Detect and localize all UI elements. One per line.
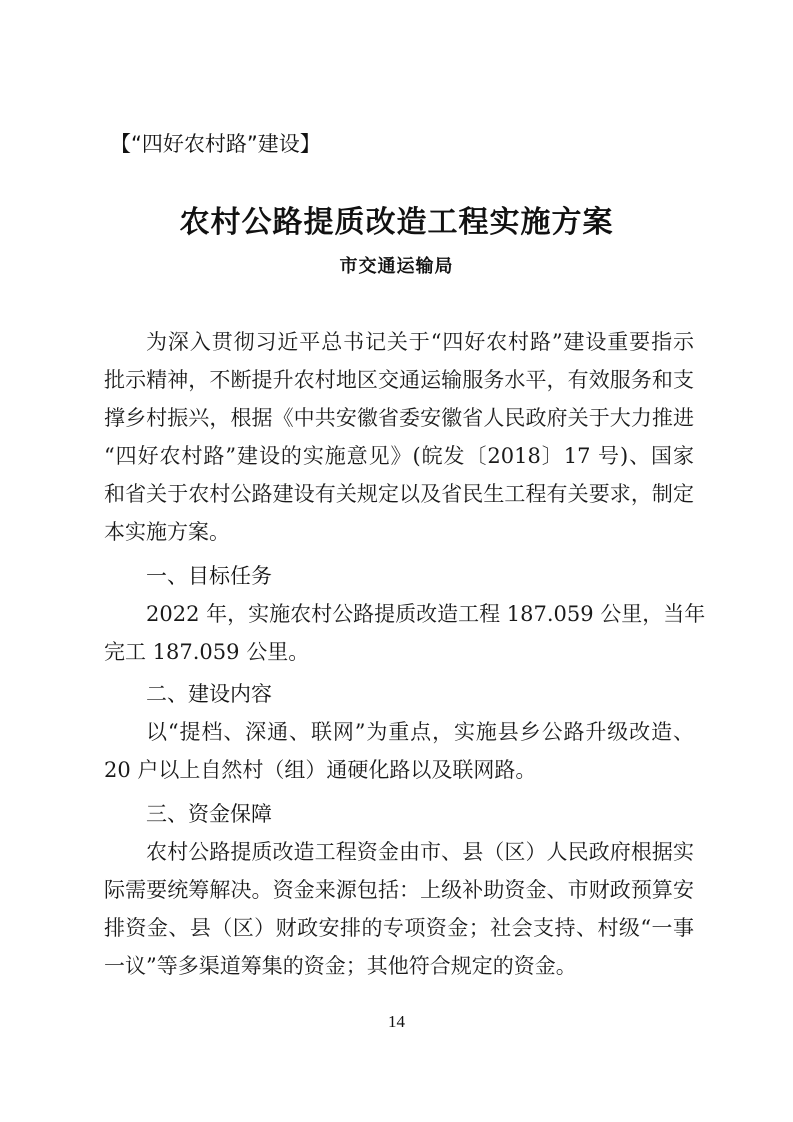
- page-number: 14: [0, 1012, 793, 1032]
- paragraph-line: 撑乡村振兴，根据《中共安徽省委安徽省人民政府关于大力推进: [104, 404, 694, 432]
- section-heading: 一、目标任务: [146, 562, 272, 590]
- paragraph-line: 农村公路提质改造工程资金由市、县（区）人民政府根据实: [146, 838, 694, 866]
- section-heading: 三、资金保障: [146, 800, 272, 828]
- paragraph-line: 以“提档、深通、联网”为重点，实施县乡公路升级改造、: [146, 718, 694, 746]
- paragraph-line: 和省关于农村公路建设有关规定以及省民生工程有关要求，制定: [104, 480, 694, 508]
- section-heading: 二、建设内容: [146, 680, 272, 708]
- paragraph-line: 批示精神，不断提升农村地区交通运输服务水平，有效服务和支: [104, 366, 694, 394]
- paragraph-line: 一议”等多渠道筹集的资金；其他符合规定的资金。: [104, 952, 694, 980]
- paragraph-line: 排资金、县（区）财政安排的专项资金；社会支持、村级“一事: [104, 914, 694, 942]
- paragraph-line: 本实施方案。: [104, 518, 694, 546]
- document-title: 农村公路提质改造工程实施方案: [0, 197, 793, 241]
- paragraph-line: 完工 187.059 公里。: [104, 638, 694, 666]
- section-tag: 【“四好农村路”建设】: [110, 128, 321, 158]
- document-author: 市交通运输局: [0, 252, 793, 278]
- paragraph-line: “四好农村路”建设的实施意见》(皖发〔2018〕17 号)、国家: [104, 442, 694, 470]
- document-page: 【“四好农村路”建设】 农村公路提质改造工程实施方案 市交通运输局 为深入贯彻习…: [0, 0, 793, 1122]
- paragraph-line: 2022 年，实施农村公路提质改造工程 187.059 公里，当年: [146, 600, 694, 628]
- paragraph-line: 际需要统筹解决。资金来源包括：上级补助资金、市财政预算安: [104, 876, 694, 904]
- paragraph-line: 20 户以上自然村（组）通硬化路以及联网路。: [104, 756, 694, 784]
- paragraph-line: 为深入贯彻习近平总书记关于“四好农村路”建设重要指示: [146, 328, 694, 356]
